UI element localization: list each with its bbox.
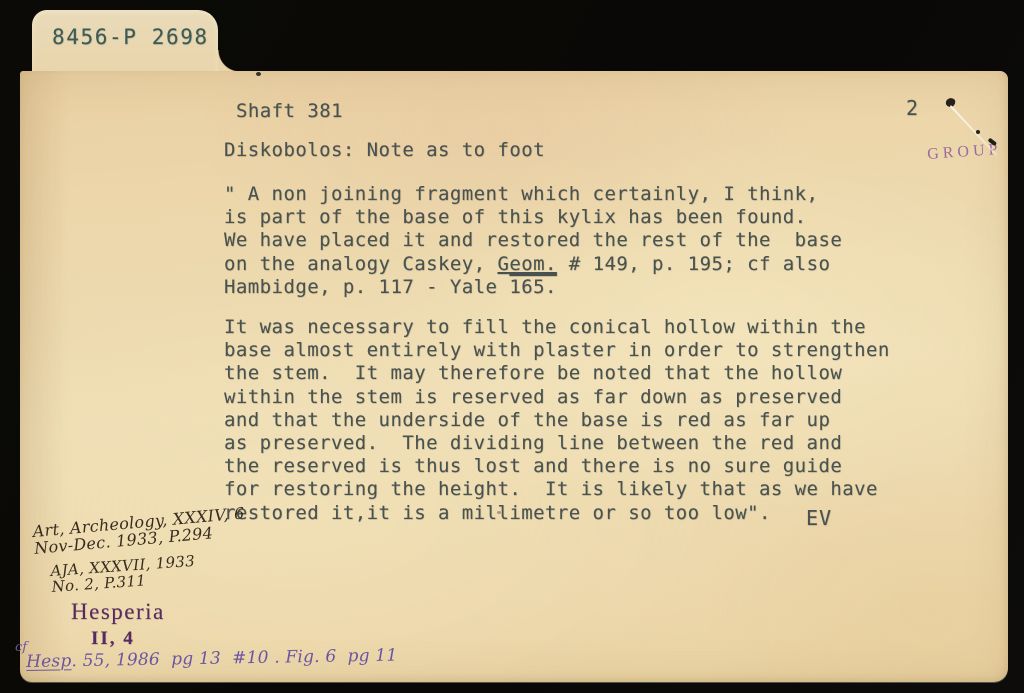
catalog-number: 8456-P 2698 [52, 25, 209, 49]
scanned-index-card-photo: 8456-P 2698 Shaft 381 2 GROUP Diskobolos… [0, 0, 1024, 693]
paper-speck [497, 511, 501, 514]
text-line: restored it,it is a millimetre or so too… [224, 502, 890, 525]
overlined-number: 165. [509, 276, 557, 298]
text-line: It was necessary to fill the conical hol… [224, 316, 890, 339]
paragraph-2: It was necessary to fill the conical hol… [224, 316, 890, 525]
underlined-citation: Geom. [497, 253, 556, 275]
text-line: within the stem is reserved as far down … [224, 386, 890, 409]
hesperia-volume-stamp: II, 4 [91, 628, 135, 650]
text-line: the stem. It may therefore be noted that… [224, 362, 890, 385]
text-line: We have placed it and restored the rest … [224, 229, 842, 252]
paper-speck [976, 130, 980, 134]
card-subtitle: Diskobolos: Note as to foot [224, 139, 545, 161]
text-line: for restoring the height. It is likely t… [224, 478, 890, 501]
text-segment: Hambidge, p. 117 - Yale [224, 276, 509, 298]
underlined-abbreviation: Hesp [26, 651, 72, 672]
hesperia-stamp: Hesperia [71, 599, 165, 625]
text-line: on the analogy Caskey, Geom. # 149, p. 1… [224, 253, 842, 276]
initials-signature: EV [806, 506, 832, 530]
card-tab-fillet [218, 50, 240, 72]
paragraph-1: " A non joining fragment which certainly… [224, 183, 842, 299]
paper-speck [256, 72, 261, 76]
page-number: 2 [906, 96, 918, 120]
text-line: " A non joining fragment which certainly… [224, 183, 842, 206]
text-line: is part of the base of this kylix has be… [224, 206, 842, 229]
text-line: and that the underside of the base is re… [224, 409, 890, 432]
card-title: Shaft 381 [236, 100, 343, 122]
text-line: as preserved. The dividing line between … [224, 432, 890, 455]
text-segment: # 149, p. 195; cf also [557, 253, 830, 275]
text-line: base almost entirely with plaster in ord… [224, 339, 890, 362]
text-segment: on the analogy Caskey, [224, 253, 497, 275]
text-line: the reserved is thus lost and there is n… [224, 455, 890, 478]
text-line: Hambidge, p. 117 - Yale 165. [224, 276, 842, 299]
